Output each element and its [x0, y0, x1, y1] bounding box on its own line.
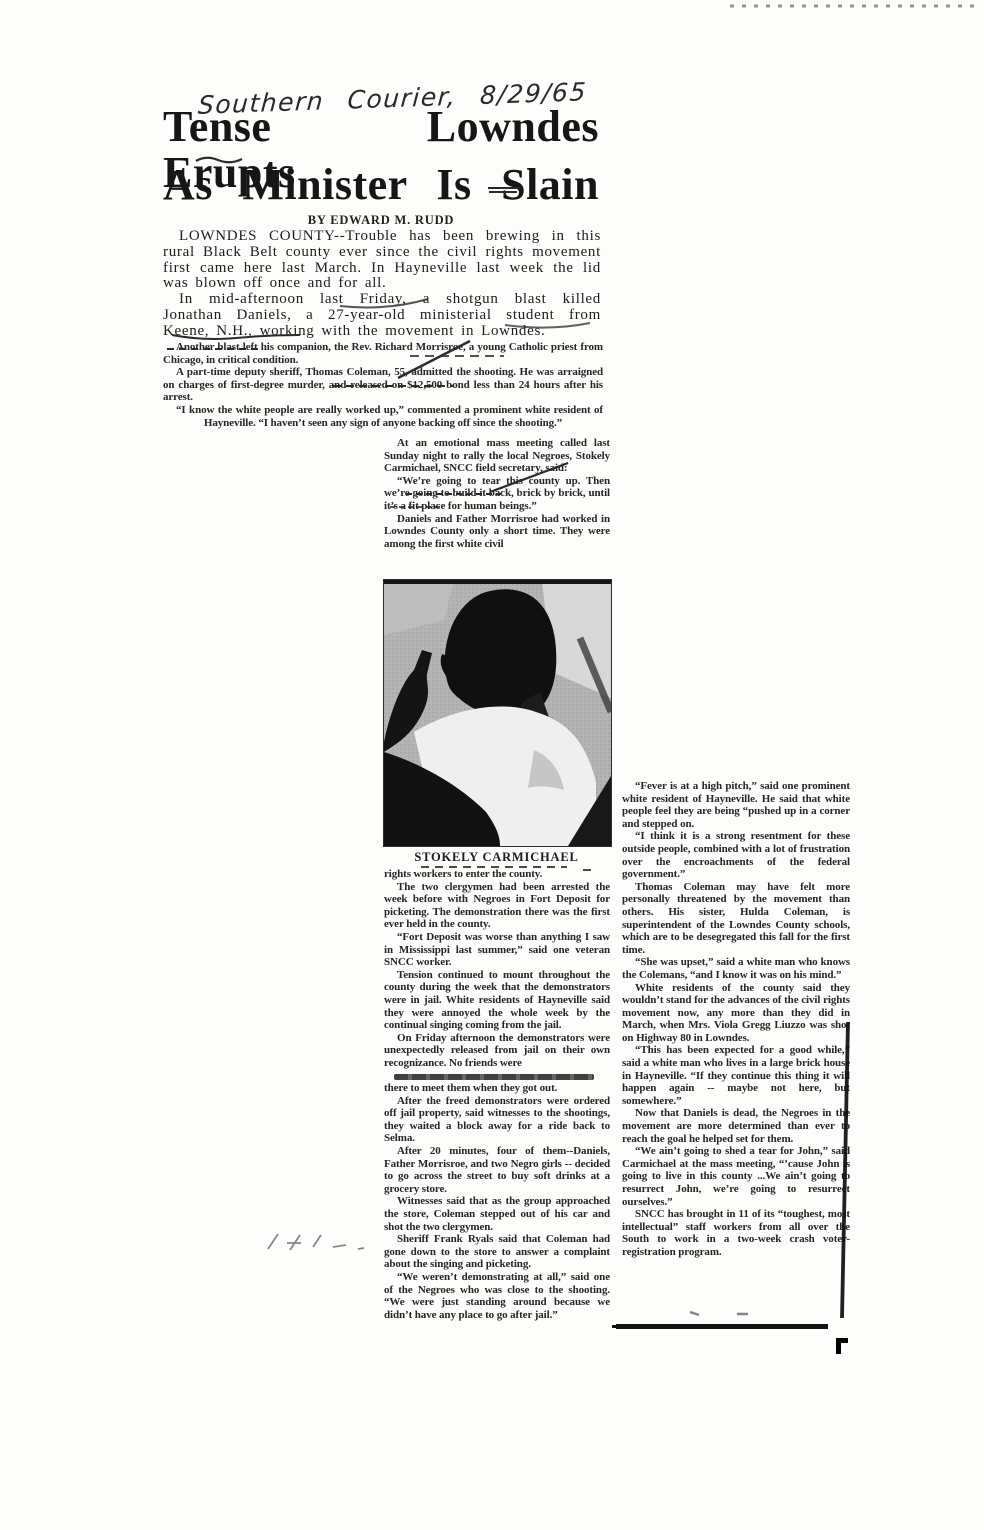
article-paragraph: “I think it is a strong resentment for t…: [622, 830, 850, 880]
article-paragraph: Daniels and Father Morrisroe had worked …: [384, 513, 610, 551]
article-paragraph: “Fever is at a high pitch,” said one pro…: [622, 780, 850, 830]
article-paragraph: SNCC has brought in 11 of its “toughest,…: [622, 1208, 850, 1258]
subhead-section: Another blast left his companion, the Re…: [163, 341, 603, 429]
article-paragraph: Now that Daniels is dead, the Negroes in…: [622, 1107, 850, 1145]
bottom-rule-end: [612, 1325, 618, 1328]
article-paragraph: The two clergymen had been arrested the …: [384, 881, 610, 931]
article-paragraph: there to meet them when they got out.: [384, 1082, 610, 1095]
article-paragraph: “We weren’t demonstrating at all,” said …: [384, 1271, 610, 1321]
article-paragraph: After 20 minutes, four of them--Daniels,…: [384, 1145, 610, 1195]
article-paragraph: On Friday afternoon the demonstrators we…: [384, 1032, 610, 1070]
article-paragraph: “We ain’t going to shed a tear for John,…: [622, 1145, 850, 1208]
byline: BY EDWARD M. RUDD: [163, 213, 599, 228]
article-paragraph: Another blast left his companion, the Re…: [163, 341, 603, 366]
article-paragraph: In mid-afternoon last Friday, a shotgun …: [163, 292, 601, 339]
article-paragraph: “We’re going to tear this county up. The…: [384, 475, 610, 513]
article-paragraph: Sheriff Frank Ryals said that Coleman ha…: [384, 1233, 610, 1271]
article-paragraph: A part-time deputy sheriff, Thomas Colem…: [163, 366, 603, 404]
article-paragraph: Witnesses said that as the group approac…: [384, 1195, 610, 1233]
right-column: “Fever is at a high pitch,” said one pro…: [622, 780, 850, 1259]
article-paragraph: LOWNDES COUNTY--Trouble has been brewing…: [163, 229, 601, 292]
struck-out-line: [394, 1070, 594, 1083]
middle-column-bottom: rights workers to enter the county. The …: [384, 868, 610, 1321]
article-paragraph: After the freed demonstrators were order…: [384, 1095, 610, 1145]
article-paragraph: rights workers to enter the county.: [384, 868, 610, 881]
handwritten-scribble: [268, 1234, 364, 1250]
article-paragraph: “Fort Deposit was worse than anything I …: [384, 931, 610, 969]
article-paragraph: “This has been expected for a good while…: [622, 1044, 850, 1107]
bottom-rule: [616, 1324, 828, 1329]
lead-section: LOWNDES COUNTY--Trouble has been brewing…: [163, 229, 601, 340]
headline-line-2: As Minister Is Slain: [163, 162, 599, 208]
photo-halftone-illustration: [384, 580, 611, 846]
article-paragraph: Thomas Coleman may have felt more person…: [622, 881, 850, 957]
photo-stokely-carmichael: [383, 579, 612, 847]
article-paragraph: “I know the white people are really work…: [163, 404, 603, 429]
newspaper-clipping-page: Southern Courier, 8/29/65 Tense Lowndes …: [0, 0, 984, 1530]
corner-registration-mark: [836, 1338, 848, 1354]
article-paragraph: At an emotional mass meeting called last…: [384, 437, 610, 475]
photo-caption: STOKELY CARMICHAEL: [383, 850, 610, 865]
article-paragraph: Tension continued to mount throughout th…: [384, 969, 610, 1032]
smudge-marks: [690, 1312, 748, 1315]
article-paragraph: White residents of the county said they …: [622, 982, 850, 1045]
article-paragraph: “She was upset,” said a white man who kn…: [622, 956, 850, 981]
middle-column-top: At an emotional mass meeting called last…: [384, 437, 610, 550]
